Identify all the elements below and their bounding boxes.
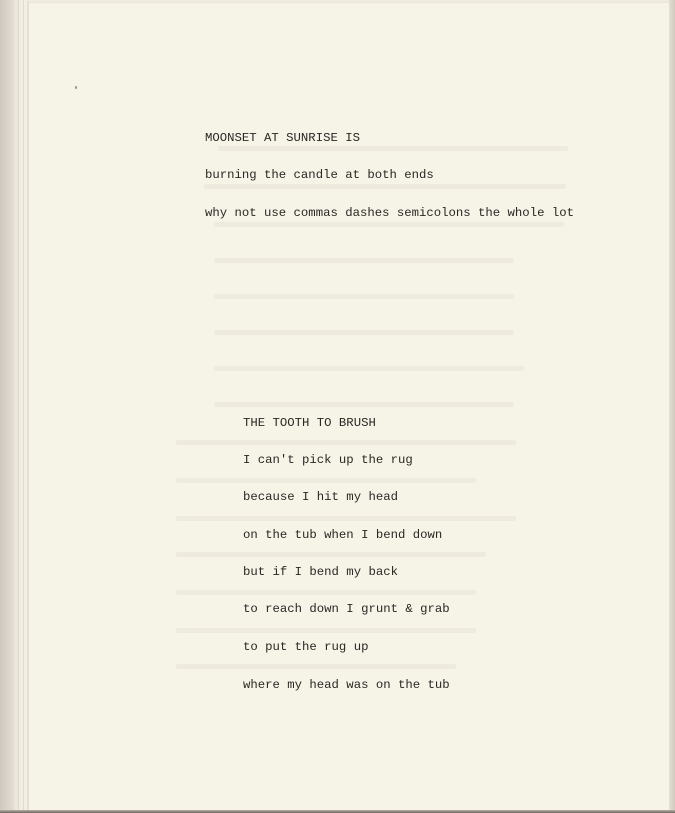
poem-1-line: MOONSET AT SUNRISE IS — [205, 131, 360, 145]
poem-2-line: on the tub when I bend down — [243, 528, 442, 542]
bleed-through-texture — [214, 402, 514, 407]
poem-2-line: to reach down I grunt & grab — [243, 602, 450, 616]
bleed-through-texture — [218, 146, 568, 151]
bleed-through-texture — [214, 330, 514, 335]
bleed-through-texture — [176, 478, 476, 483]
bleed-through-texture — [214, 366, 524, 371]
bleed-through-texture — [176, 516, 516, 521]
poem-2-line: where my head was on the tub — [243, 678, 450, 692]
bleed-through-texture — [176, 590, 476, 595]
bleed-through-texture — [204, 184, 566, 189]
bleed-through-texture — [176, 440, 516, 445]
poem-1-line: why not use commas dashes semicolons the… — [205, 206, 574, 220]
poem-1-line: burning the candle at both ends — [205, 168, 434, 182]
bleed-through-texture — [176, 664, 456, 669]
bleed-through-texture — [214, 222, 564, 227]
bleed-through-texture — [176, 552, 486, 557]
bleed-through-texture — [176, 628, 476, 633]
scanned-page: MOONSET AT SUNRISE IS burning the candle… — [0, 0, 675, 813]
paper-speck — [75, 86, 77, 89]
poem-2-line: but if I bend my back — [243, 565, 398, 579]
poem-2-title: THE TOOTH TO BRUSH — [243, 416, 376, 430]
page-stack-shadow — [0, 0, 14, 813]
bleed-through-texture — [214, 258, 514, 263]
bleed-through-texture — [214, 294, 514, 299]
poem-2-line: to put the rug up — [243, 640, 368, 654]
poem-2-line: I can't pick up the rug — [243, 453, 413, 467]
poem-2-line: because I hit my head — [243, 490, 398, 504]
right-page-edge — [669, 0, 675, 813]
